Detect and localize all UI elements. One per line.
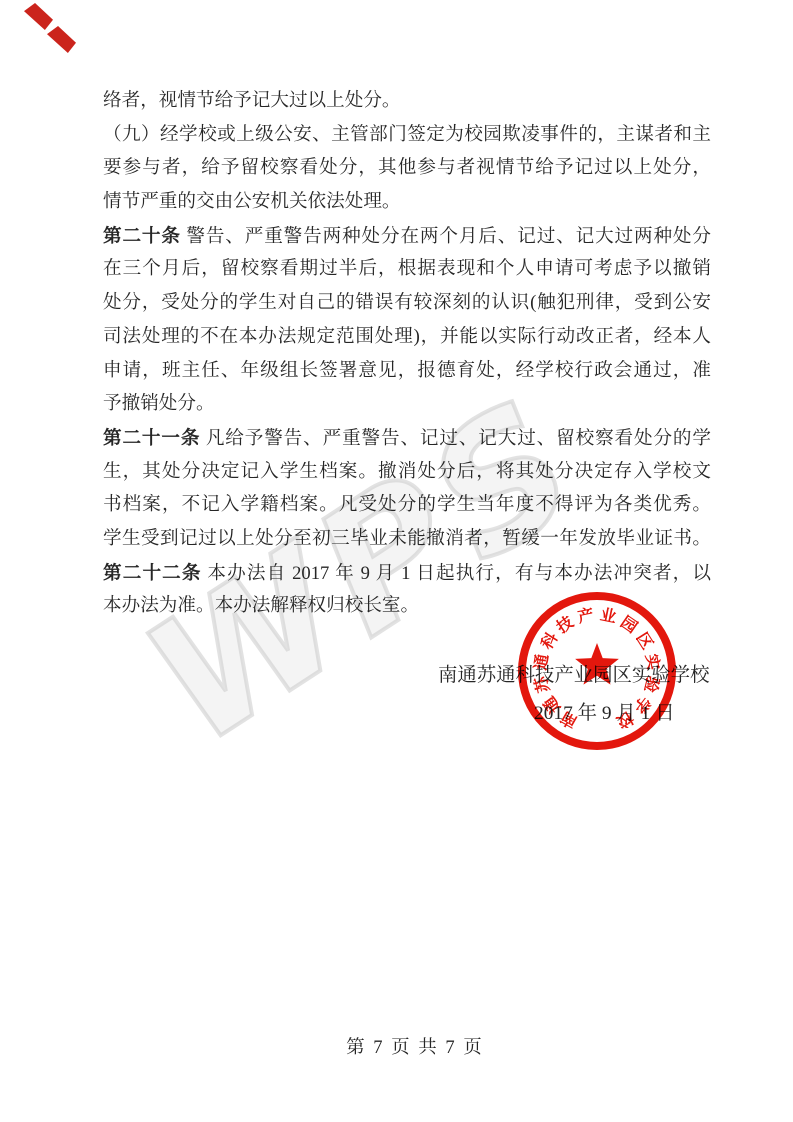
text-line: 在三个月后，留校察看期过半后，根据表现和个人申请可考虑予以撤销 bbox=[103, 252, 711, 286]
svg-text:技: 技 bbox=[553, 613, 577, 637]
line-text: 生，其处分决定记入学生档案。撤消处分后，将其处分决定存入学校文 bbox=[103, 461, 711, 482]
text-line: 司法处理的不在本办法规定范围处理)，并能以实际行动改正者，经本人 bbox=[103, 320, 711, 354]
svg-text:业: 业 bbox=[599, 606, 618, 627]
text-line: 情节严重的交由公安机关依法处理。 bbox=[103, 185, 711, 219]
line-text: 络者，视情节给予记大过以上处分。 bbox=[103, 90, 401, 111]
text-line: 第二十二条 本办法自 2017 年 9 月 1 日起执行，有与本办法冲突者，以 bbox=[103, 556, 711, 590]
svg-text:验: 验 bbox=[641, 674, 663, 694]
article-number: 第二十二条 bbox=[103, 562, 202, 583]
svg-text:南: 南 bbox=[557, 708, 580, 732]
text-line: 络者，视情节给予记大过以上处分。 bbox=[103, 84, 711, 118]
red-chevron-icon bbox=[24, 3, 53, 30]
svg-text:苏: 苏 bbox=[531, 674, 554, 695]
svg-text:校: 校 bbox=[613, 707, 638, 732]
line-text: 予撤销处分。 bbox=[103, 393, 215, 414]
red-chevron-icon bbox=[47, 26, 76, 53]
line-text: 凡给予警告、严重警告、记过、记大过、留校察看处分的学 bbox=[200, 428, 711, 449]
text-line: 申请，班主任、年级组长签署意见，报德育处，经学校行政会通过，准 bbox=[103, 354, 711, 388]
document-page: WPS 络者，视情节给予记大过以上处分。（九）经学校或上级公安、主管部门签定为校… bbox=[0, 0, 793, 1122]
svg-text:通: 通 bbox=[539, 693, 564, 717]
svg-text:实: 实 bbox=[642, 653, 663, 672]
line-text: 在三个月后，留校察看期过半后，根据表现和个人申请可考虑予以撤销 bbox=[103, 258, 711, 279]
line-text: 处分，受处分的学生对自己的错误有较深刻的认识(触犯刑律，受到公安 bbox=[103, 292, 711, 313]
body-lines: 络者，视情节给予记大过以上处分。（九）经学校或上级公安、主管部门签定为校园欺凌事… bbox=[103, 84, 711, 623]
text-line: 予撤销处分。 bbox=[103, 387, 711, 421]
line-text: 书档案，不记入学籍档案。凡受处分的学生当年度不得评为各类优秀。 bbox=[103, 494, 711, 515]
line-text: 警告、严重警告两种处分在两个月后、记过、记大过两种处分 bbox=[181, 226, 711, 247]
article-number: 第二十条 bbox=[103, 225, 181, 246]
text-line: 第二十一条 凡给予警告、严重警告、记过、记大过、留校察看处分的学 bbox=[103, 421, 711, 455]
line-text: 要参与者，给予留校察看处分，其他参与者视情节给予记过以上处分， bbox=[103, 157, 711, 178]
official-seal: 南通苏通科技产业园区实验学校 bbox=[515, 589, 679, 753]
svg-text:区: 区 bbox=[632, 629, 656, 652]
line-text: 本办法自 2017 年 9 月 1 日起执行，有与本办法冲突者，以 bbox=[202, 563, 711, 584]
line-text: 本办法为准。本办法解释权归校长室。 bbox=[103, 595, 419, 616]
text-line: 学生受到记过以上处分至初三毕业未能撤消者，暂缓一年发放毕业证书。 bbox=[103, 522, 711, 556]
text-line: 要参与者，给予留校察看处分，其他参与者视情节给予记过以上处分， bbox=[103, 151, 711, 185]
text-line: 处分，受处分的学生对自己的错误有较深刻的认识(触犯刑律，受到公安 bbox=[103, 286, 711, 320]
svg-text:科: 科 bbox=[537, 628, 562, 653]
text-line: 书档案，不记入学籍档案。凡受处分的学生当年度不得评为各类优秀。 bbox=[103, 488, 711, 522]
line-text: 学生受到记过以上处分至初三毕业未能撤消者，暂缓一年发放毕业证书。 bbox=[103, 528, 711, 549]
svg-text:通: 通 bbox=[531, 653, 552, 672]
article-number: 第二十一条 bbox=[103, 427, 200, 448]
text-line: 生，其处分决定记入学生档案。撤消处分后，将其处分决定存入学校文 bbox=[103, 455, 711, 489]
line-text: 司法处理的不在本办法规定范围处理)，并能以实际行动改正者，经本人 bbox=[103, 326, 711, 347]
svg-text:学: 学 bbox=[630, 693, 655, 717]
line-text: 情节严重的交由公安机关依法处理。 bbox=[103, 191, 401, 212]
line-text: 申请，班主任、年级组长签署意见，报德育处，经学校行政会通过，准 bbox=[103, 360, 711, 381]
page-number-footer: 第 7 页 共 7 页 bbox=[104, 1033, 726, 1059]
svg-text:产: 产 bbox=[576, 605, 595, 627]
text-line: 第二十条 警告、严重警告两种处分在两个月后、记过、记大过两种处分 bbox=[103, 219, 711, 253]
seal-star-icon bbox=[575, 643, 619, 685]
text-line: （九）经学校或上级公安、主管部门签定为校园欺凌事件的，主谋者和主 bbox=[103, 118, 711, 152]
line-text: （九）经学校或上级公安、主管部门签定为校园欺凌事件的，主谋者和主 bbox=[103, 124, 711, 145]
svg-text:园: 园 bbox=[617, 613, 640, 637]
